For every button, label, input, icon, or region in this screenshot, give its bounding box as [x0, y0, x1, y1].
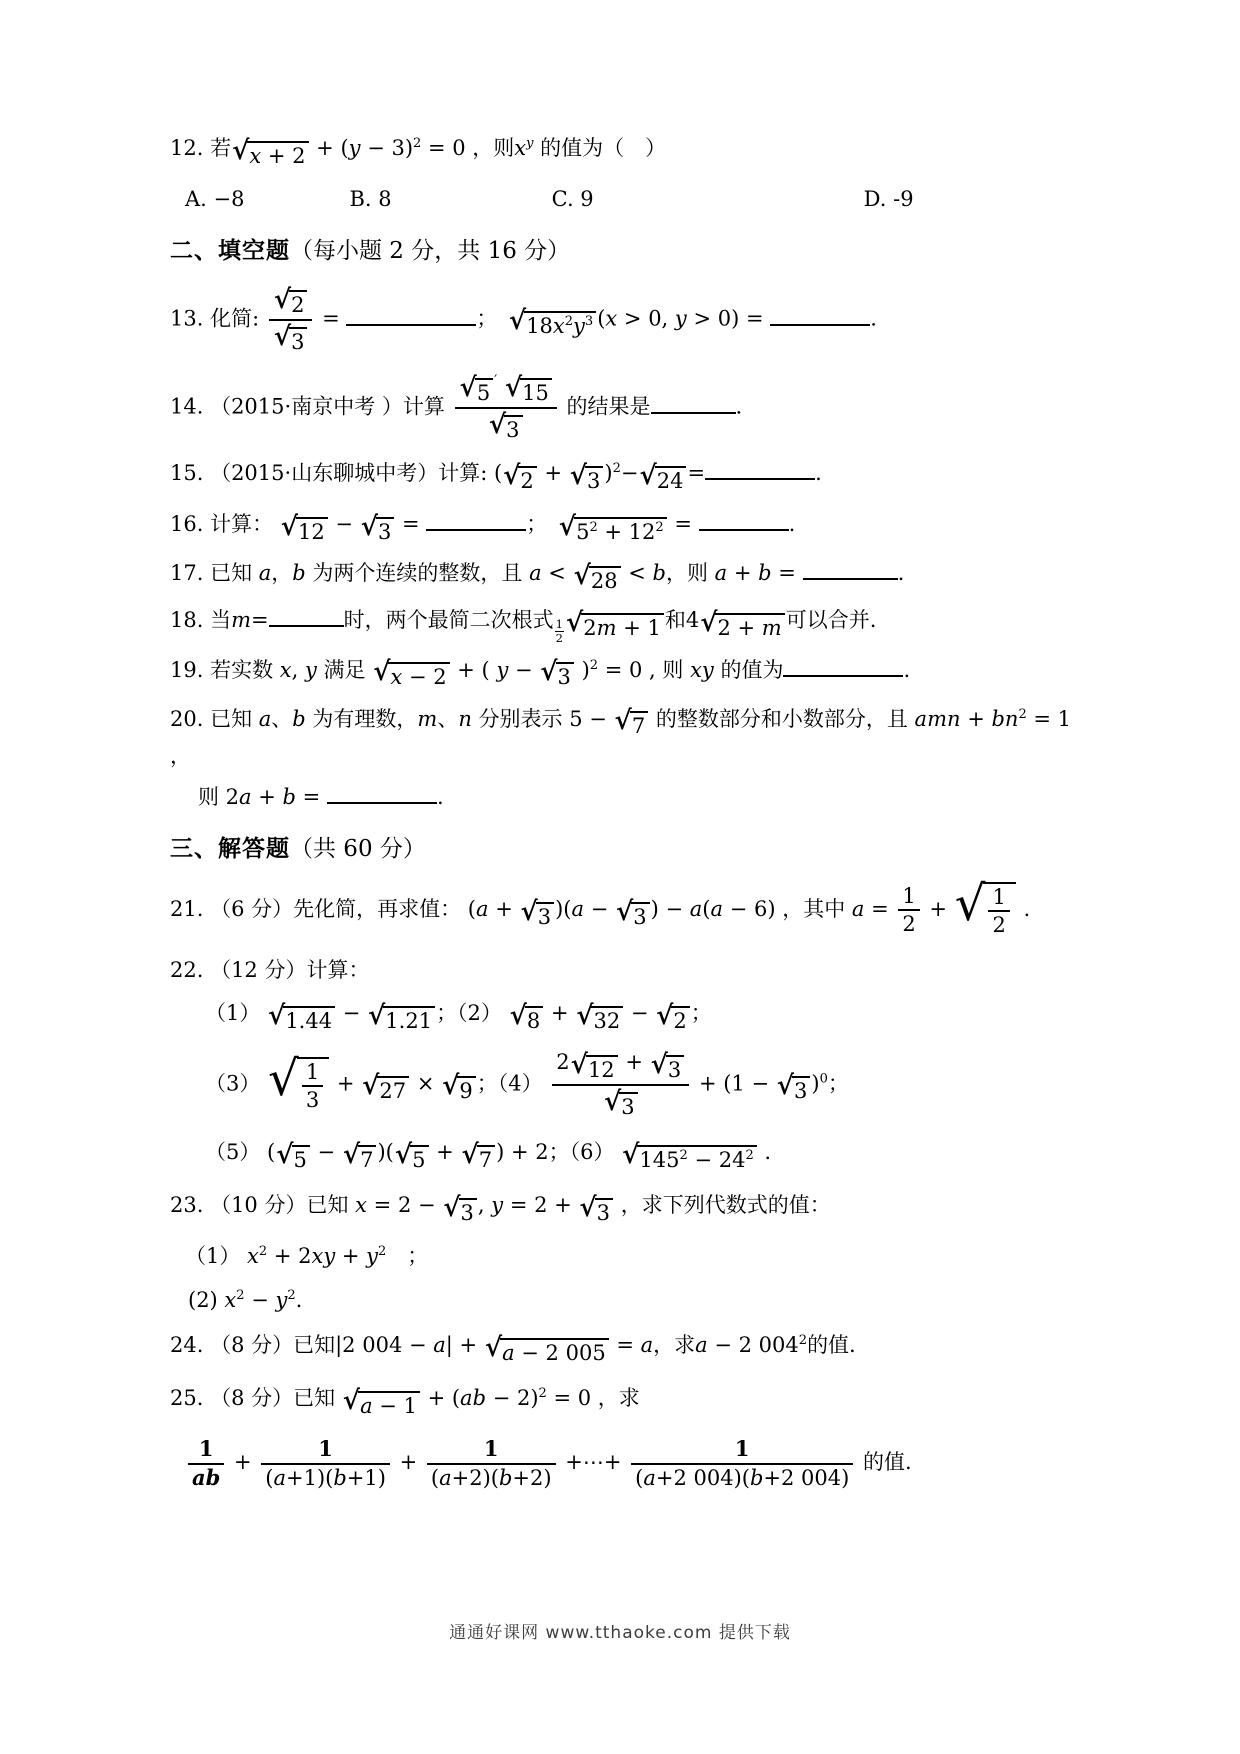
- sqrt-expression: √15: [505, 378, 552, 407]
- question-13: 13. 化简: √2√3 = ； √18x2y3(x > 0, y > 0) =…: [170, 284, 1090, 356]
- radical-icon: √: [373, 659, 390, 685]
- sqrt-expression: √x + 2: [232, 141, 308, 170]
- fraction-expression: 12: [898, 883, 919, 938]
- radical-icon: √: [656, 1003, 673, 1029]
- sqrt-expression: √9: [442, 1076, 476, 1105]
- radical-icon: √: [576, 1003, 593, 1029]
- answer-blank: [327, 782, 437, 804]
- fraction-expression: 1ab: [188, 1436, 224, 1491]
- sqrt-expression: √3: [489, 415, 523, 444]
- radical-icon: √: [274, 287, 291, 313]
- radical-icon: √: [571, 1052, 588, 1078]
- question-12: 12. 若√x + 2 + (y − 3)2 = 0 ，则xy 的值为（ ）: [170, 133, 1090, 170]
- question-23-part-1: （1） x2 + 2xy + y2 ；: [185, 1241, 1090, 1273]
- fraction-expression: 13: [302, 1059, 323, 1114]
- sqrt-expression: √5: [395, 1145, 429, 1174]
- radical-icon: √: [343, 1142, 360, 1168]
- radical-icon: √: [460, 375, 477, 401]
- sqrt-expression: √3: [570, 466, 604, 495]
- section-2-header: 二、填空题（每小题 2 分，共 16 分）: [170, 234, 1090, 269]
- fraction-expression: √2√3: [269, 284, 313, 356]
- sqrt-expression: √3: [274, 327, 308, 356]
- question-24: 24. （8 分）已知|2 004 − a| + √a − 2 005 = a，…: [170, 1330, 1090, 1367]
- choices-12: A. −8B. 8C. 9D. -9: [185, 184, 1090, 216]
- radical-icon: √: [276, 1142, 293, 1168]
- sqrt-expression: √52 + 122: [559, 517, 667, 546]
- sqrt-expression: √a − 2 005: [485, 1338, 609, 1367]
- answer-blank: [346, 304, 476, 326]
- sqrt-expression: √2m + 1: [566, 613, 664, 642]
- question-22: 22. （12 分）计算：: [170, 955, 1090, 987]
- sqrt-expression: √1.44: [268, 1006, 335, 1035]
- fraction-expression: 1(a+2)(b+2): [427, 1436, 556, 1491]
- sqrt-expression: √1.21: [368, 1006, 435, 1035]
- fraction-expression: 12: [555, 618, 564, 644]
- radical-icon: √: [361, 514, 378, 540]
- radical-icon: √: [368, 1003, 385, 1029]
- sqrt-expression: √2: [503, 466, 537, 495]
- radical-icon: √: [489, 412, 506, 438]
- radical-icon: √: [395, 1142, 412, 1168]
- radical-icon: √: [559, 514, 576, 540]
- fraction-expression: √5′ √15√3: [455, 372, 557, 444]
- answer-blank: [699, 509, 789, 531]
- sqrt-expression: √3: [540, 662, 574, 691]
- radical-icon: √: [574, 563, 591, 589]
- radical-icon: √: [281, 514, 298, 540]
- radical-icon: √: [461, 1142, 478, 1168]
- radical-icon: √: [443, 1195, 460, 1221]
- radical-icon: √: [503, 463, 520, 489]
- radical-icon: √: [232, 138, 249, 164]
- radical-icon: √: [485, 1335, 502, 1361]
- section-3-header: 三、解答题（共 60 分）: [170, 832, 1090, 867]
- question-20-line-2: 则 2a + b = .: [198, 782, 1090, 814]
- question-23: 23. （10 分）已知 x = 2 − √3, y = 2 + √3 ，求下列…: [170, 1190, 1090, 1227]
- radical-icon: √: [955, 880, 986, 928]
- sqrt-expression: √2: [274, 290, 308, 319]
- question-22-parts-3-4: （3） √13 + √27 × √9；（4） 2√12 + √3√3 + (1 …: [205, 1049, 1090, 1121]
- question-20-line-1: 20. 已知 a、b 为有理数，m、n 分别表示 5 − √7 的整数部分和小数…: [170, 704, 1090, 773]
- question-25: 25. （8 分）已知 √a − 1 + (ab − 2)2 = 0 ，求: [170, 1383, 1090, 1420]
- sqrt-expression: √32: [576, 1006, 623, 1035]
- answer-blank: [803, 558, 898, 580]
- sqrt-expression: √18x2y3: [509, 311, 596, 340]
- sqrt-expression: √3: [604, 1092, 638, 1121]
- sqrt-expression: √24: [639, 466, 686, 495]
- radical-icon: √: [540, 659, 557, 685]
- question-22-parts-5-6: （5） (√5 − √7)(√5 + √7) + 2；（6） √1452 − 2…: [205, 1137, 1090, 1174]
- sqrt-expression: √3: [520, 902, 554, 931]
- sqrt-expression: √3: [651, 1055, 685, 1084]
- radical-icon: √: [777, 1073, 794, 1099]
- sqrt-expression: √13: [268, 1057, 329, 1114]
- sqrt-expression: √3: [777, 1076, 811, 1105]
- sqrt-expression: √2 + m: [700, 613, 785, 642]
- sqrt-expression: √7: [343, 1145, 377, 1174]
- radical-icon: √: [268, 1055, 299, 1103]
- sqrt-expression: √1452 − 242: [622, 1145, 757, 1174]
- radical-icon: √: [639, 463, 656, 489]
- sqrt-expression: √7: [461, 1145, 495, 1174]
- sqrt-expression: √x − 2: [373, 662, 449, 691]
- question-17: 17. 已知 a，b 为两个连续的整数，且 a < √28 < b，则 a + …: [170, 558, 1090, 595]
- question-15: 15. （2015·山东聊城中考）计算: (√2 + √3)2−√24=.: [170, 458, 1090, 495]
- radical-icon: √: [505, 375, 522, 401]
- fraction-expression: 1(a+1)(b+1): [261, 1436, 390, 1491]
- question-19: 19. 若实数 x, y 满足 √x − 2 + ( y − √3 )2 = 0…: [170, 655, 1090, 692]
- sqrt-expression: √3: [361, 517, 395, 546]
- sqrt-expression: √5: [460, 378, 494, 407]
- answer-blank: [651, 392, 736, 414]
- radical-icon: √: [509, 308, 526, 334]
- radical-icon: √: [268, 1003, 285, 1029]
- radical-icon: √: [520, 899, 537, 925]
- sqrt-expression: √12: [955, 882, 1016, 939]
- sqrt-expression: √27: [362, 1076, 409, 1105]
- page-footer: 通通好课网 www.tthaoke.com 提供下载: [0, 1618, 1240, 1643]
- sqrt-expression: √28: [574, 566, 621, 595]
- question-18: 18. 当m=时，两个最简二次根式12√2m + 1和4√2 + m可以合并.: [170, 605, 1090, 645]
- sqrt-expression: √3: [616, 902, 650, 931]
- radical-icon: √: [579, 1195, 596, 1221]
- sqrt-expression: √2: [656, 1006, 690, 1035]
- document-page: 12. 若√x + 2 + (y − 3)2 = 0 ，则xy 的值为（ ）A.…: [0, 0, 1240, 1754]
- radical-icon: √: [362, 1073, 379, 1099]
- answer-blank: [426, 509, 526, 531]
- sqrt-expression: √5: [276, 1145, 310, 1174]
- question-23-part-2: (2) x2 − y2.: [188, 1285, 1090, 1317]
- fraction-expression: 1(a+2 004)(b+2 004): [631, 1436, 853, 1491]
- radical-icon: √: [274, 324, 291, 350]
- radical-icon: √: [615, 708, 632, 734]
- radical-icon: √: [622, 1142, 639, 1168]
- radical-icon: √: [651, 1052, 668, 1078]
- radical-icon: √: [700, 610, 717, 636]
- sqrt-expression: √a − 1: [343, 1391, 420, 1420]
- answer-blank: [705, 458, 815, 480]
- question-25-expression: 1ab + 1(a+1)(b+1) + 1(a+2)(b+2) +⋯+ 1(a+…: [185, 1436, 1090, 1491]
- radical-icon: √: [604, 1089, 621, 1115]
- radical-icon: √: [442, 1073, 459, 1099]
- sqrt-expression: √3: [443, 1198, 477, 1227]
- radical-icon: √: [570, 463, 587, 489]
- sqrt-expression: √8: [510, 1006, 544, 1035]
- sqrt-expression: √7: [615, 711, 649, 740]
- question-22-parts-1-2: （1） √1.44 − √1.21；（2） √8 + √32 − √2；: [205, 998, 1090, 1035]
- radical-icon: √: [566, 610, 583, 636]
- sqrt-expression: √12: [571, 1055, 618, 1084]
- sqrt-expression: √12: [281, 517, 328, 546]
- radical-icon: √: [616, 899, 633, 925]
- radical-icon: √: [510, 1003, 527, 1029]
- fraction-expression: 2√12 + √3√3: [552, 1049, 689, 1121]
- sqrt-expression: √3: [579, 1198, 613, 1227]
- answer-blank: [770, 304, 870, 326]
- question-16: 16. 计算： √12 − √3 = ； √52 + 122 = .: [170, 509, 1090, 546]
- radical-icon: √: [343, 1388, 360, 1414]
- answer-blank: [269, 605, 344, 627]
- question-14: 14. （2015·南京中考 ）计算 √5′ √15√3 的结果是.: [170, 372, 1090, 444]
- question-21: 21. （6 分）先化简，再求值： (a + √3)(a − √3) − a(a…: [170, 882, 1090, 939]
- worksheet-body: 12. 若√x + 2 + (y − 3)2 = 0 ，则xy 的值为（ ）A.…: [0, 0, 1240, 1491]
- answer-blank: [783, 655, 903, 677]
- fraction-expression: 12: [988, 884, 1009, 939]
